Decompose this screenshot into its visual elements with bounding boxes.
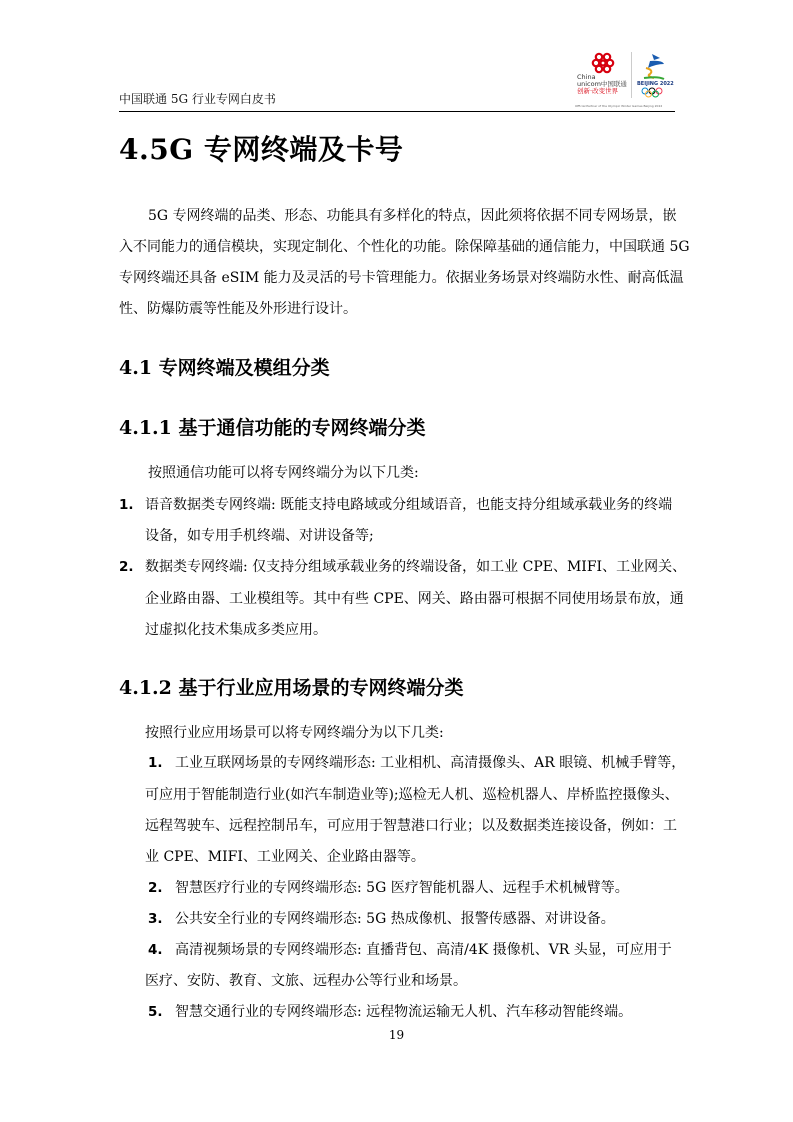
list-number: 1. <box>119 497 145 513</box>
partner-text: Official Partner of the Olympic Winter G… <box>575 104 675 108</box>
intro-line: 专网终端还具备 eSIM 能力及灵活的号卡管理能力。依据业务场景对终端防水性、耐… <box>119 267 684 287</box>
header-title: 中国联通 5G 行业专网白皮书 <box>119 90 276 107</box>
header-logos: China unicom中国联通 创新·改变世界 BEIJING 2022 <box>575 52 675 110</box>
intro-line: 5G 专网终端的品类、形态、功能具有多样化的特点，因此须将依据不同专网场景，嵌 <box>148 205 677 225</box>
header-divider <box>119 111 675 112</box>
china-unicom-logo: China unicom中国联通 创新·改变世界 <box>577 52 627 98</box>
page-header: 中国联通 5G 行业专网白皮书 China unicom中国联通 创新·改变世界 <box>119 52 675 112</box>
list-text: 远程驾驶车、远程控制吊车，可应用于智慧港口行业；以及数据类连接设备，例如：工 <box>145 815 677 835</box>
unicom-wordmark: China unicom中国联通 创新·改变世界 <box>577 74 627 95</box>
chapter-title: 4.5G 专网终端及卡号 <box>119 128 403 168</box>
winter-games-emblem-icon: BEIJING 2022 <box>634 52 674 98</box>
list-text: 医疗、安防、教育、文旅、远程办公等行业和场景。 <box>145 970 467 990</box>
list-text: 高清视频场景的专网终端形态: 直播背包、高清/4K 摄像机、VR 头显，可应用于 <box>175 942 672 958</box>
list-text: 智慧交通行业的专网终端形态: 远程物流运输无人机、汽车移动智能终端。 <box>175 1004 632 1020</box>
section-heading-4-1-2: 4.1.2 基于行业应用场景的专网终端分类 <box>119 673 464 700</box>
list-number: 1. <box>148 755 175 771</box>
section-heading-4-1: 4.1 专网终端及模组分类 <box>119 353 330 380</box>
list-number: 3. <box>148 911 175 927</box>
list-text: 企业路由器、工业模组等。其中有些 CPE、网关、路由器可根据不同使用场景布放，通 <box>145 588 684 608</box>
list-text: 工业互联网场景的专网终端形态: 工业相机、高清摄像头、AR 眼镜、机械手臂等， <box>175 755 685 771</box>
list-text: 业 CPE、MIFI、工业网关、企业路由器等。 <box>145 846 425 866</box>
list-text: 数据类专网终端: 仅支持分组域承载业务的终端设备，如工业 CPE、MIFI、工业… <box>145 559 686 575</box>
intro-line: 入不同能力的通信模块，实现定制化、个性化的功能。除保障基础的通信能力，中国联通 … <box>119 236 690 256</box>
list-text: 设备，如专用手机终端、对讲设备等; <box>145 525 374 545</box>
intro-line: 性、防爆防震等性能及外形进行设计。 <box>119 298 357 318</box>
list-text: 过虚拟化技术集成多类应用。 <box>145 619 327 639</box>
beijing-2022-logo: BEIJING 2022 <box>631 52 676 98</box>
section-lead: 按照行业应用场景可以将专网终端分为以下几类: <box>145 722 444 742</box>
list-text: 语音数据类专网终端: 既能支持电路域或分组域语音，也能支持分组域承载业务的终端 <box>145 497 672 513</box>
unicom-slogan: 创新·改变世界 <box>577 88 627 95</box>
list-text: 可应用于智能制造行业(如汽车制造业等);巡检无人机、巡检机器人、岸桥监控摄像头、 <box>145 784 679 804</box>
list-text: 智慧医疗行业的专网终端形态: 5G 医疗智能机器人、远程手术机械臂等。 <box>175 880 629 896</box>
svg-text:BEIJING 2022: BEIJING 2022 <box>637 81 674 87</box>
list-number: 2. <box>119 559 145 575</box>
list-number: 5. <box>148 1004 175 1020</box>
list-text: 公共安全行业的专网终端形态: 5G 热成像机、报警传感器、对讲设备。 <box>175 911 615 927</box>
unicom-knot-icon <box>591 52 615 74</box>
list-number: 4. <box>148 942 175 958</box>
list-number: 2. <box>148 880 175 896</box>
page-number: 19 <box>0 1028 793 1042</box>
section-lead: 按照通信功能可以将专网终端分为以下几类: <box>148 462 419 482</box>
section-heading-4-1-1: 4.1.1 基于通信功能的专网终端分类 <box>119 413 426 440</box>
